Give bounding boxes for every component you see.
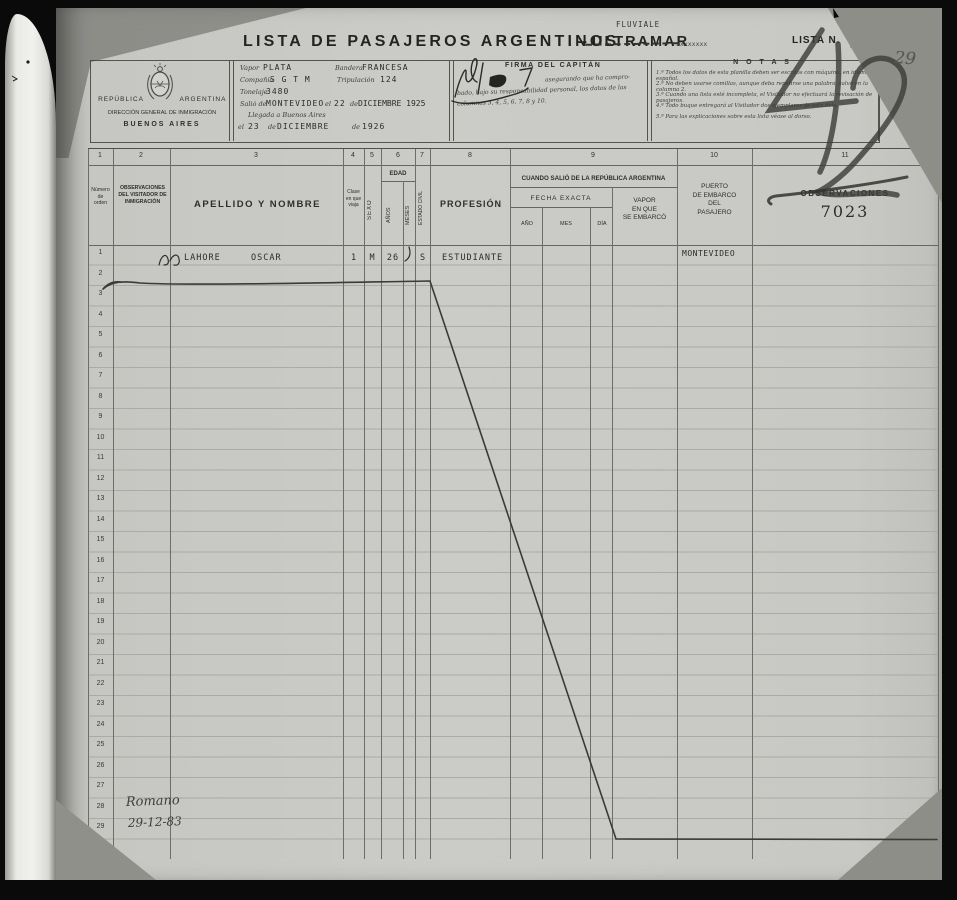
de-label: de xyxy=(350,100,358,108)
col9-subline xyxy=(510,187,677,188)
tonelaje-label: Tonelaje xyxy=(240,88,268,96)
de3-label: de xyxy=(352,123,360,131)
column-line xyxy=(752,149,753,859)
header-profesion: PROFESIÓN xyxy=(432,199,510,209)
row-order-number: 15 xyxy=(88,536,113,543)
row1-surname: LAHORE xyxy=(184,253,221,263)
compania-value: S G T M xyxy=(270,75,311,84)
header-dia: DÍA xyxy=(592,221,612,227)
row-order-number: 11 xyxy=(88,454,113,461)
header-apellido-nombre: APELLIDO Y NOMBRE xyxy=(172,199,343,210)
box-separator xyxy=(449,60,454,141)
salio-label: Salió de xyxy=(240,100,266,108)
column-number: 3 xyxy=(244,152,268,159)
row-order-number: 10 xyxy=(88,434,113,441)
list-number-label: LISTA N. xyxy=(792,35,841,46)
salio-day-value: 22 xyxy=(334,99,346,108)
llegada-year-value: 1926 xyxy=(362,122,385,131)
header-edad: EDAD xyxy=(381,171,415,177)
el-label: el xyxy=(325,100,331,108)
row-order-number: 26 xyxy=(88,762,113,769)
column-line xyxy=(113,149,114,859)
bandera-label: Bandera xyxy=(335,64,363,72)
row-order-number: 12 xyxy=(88,475,113,482)
notes-title: N O T A S xyxy=(655,59,870,66)
header-fecha-exacta: FECHA EXACTA xyxy=(512,195,610,202)
row-order-number: 6 xyxy=(88,352,113,359)
column-line xyxy=(938,149,939,859)
header-sexo: SEXO xyxy=(367,179,379,241)
row1-given-name: OSCAR xyxy=(251,253,282,263)
column-line xyxy=(381,149,382,859)
llegada-month-value: DICIEMBRE xyxy=(277,122,329,131)
header-edad-anos: AÑOS xyxy=(386,187,397,243)
row-order-number: 3 xyxy=(88,290,113,297)
header-mes: MES xyxy=(544,221,588,227)
column-number: 1 xyxy=(88,152,112,159)
row-order-number: 19 xyxy=(88,618,113,625)
typed-correction-fluviale: FLUVIALE xyxy=(616,20,660,29)
de2-label: de xyxy=(268,123,276,131)
row1-class: 1 xyxy=(346,253,362,263)
row-order-number: 5 xyxy=(88,331,113,338)
header-cuando-salio: CUANDO SALIÓ DE LA REPÚBLICA ARGENTINA xyxy=(512,175,675,182)
tonelaje-value: 3480 xyxy=(266,87,289,96)
column-line xyxy=(510,149,511,859)
typed-x-marks: xxxxxxxx xyxy=(676,40,707,48)
header-puerto-embarco: PUERTO DE EMBARCO DEL PASAJERO xyxy=(679,183,750,217)
row-order-number: 2 xyxy=(88,270,113,277)
row-rule-lines xyxy=(88,245,938,859)
captain-signature-label: FIRMA DEL CAPITÁN xyxy=(505,62,635,69)
note-line-4: 4.ª Todo buque entregará al Visitador do… xyxy=(656,103,880,109)
edad-subline xyxy=(381,181,415,182)
note-line-5: 5.ª Para las explicaciones sobre esta li… xyxy=(656,114,880,120)
agency-country-left: REPÚBLICA xyxy=(95,96,147,103)
row-order-number: 25 xyxy=(88,741,113,748)
header-observaciones: OBSERVACIONES xyxy=(754,189,936,198)
vapor-value: PLATA xyxy=(263,63,292,72)
llegada-day-value: 23 xyxy=(248,122,260,131)
el2-label: el xyxy=(238,123,244,131)
agency-department: DIRECCIÓN GENERAL DE INMIGRACIÓN xyxy=(92,110,232,116)
row-order-number: 20 xyxy=(88,639,113,646)
numbers-row-line xyxy=(88,165,938,166)
agency-country-right: ARGENTINA xyxy=(176,96,230,103)
row-order-number: 22 xyxy=(88,680,113,687)
row1-profession: ESTUDIANTE xyxy=(442,253,503,263)
row1-age-years: 26 xyxy=(383,253,403,263)
header-clase: Clase en que viaja xyxy=(343,189,364,209)
row-order-number: 27 xyxy=(88,782,113,789)
row1-embark-port: MONTEVIDEO xyxy=(682,249,735,258)
tripulacion-label: Tripulación xyxy=(337,76,375,84)
header-vapor-embarco: VAPOR EN QUE SE EMBARCÓ xyxy=(614,197,675,223)
row-order-number: 21 xyxy=(88,659,113,666)
llegada-label: Llegada a Buenos Aires xyxy=(248,111,326,119)
row-order-number: 17 xyxy=(88,577,113,584)
header-numero-de-orden: Número de orden xyxy=(88,187,113,207)
header-observaciones-visitador: OBSERVACIONES DEL VISITADOR DE INMIGRACI… xyxy=(115,185,170,206)
page-title: LISTA DE PASAJEROS ARGENTINOS xyxy=(243,33,619,51)
column-line xyxy=(430,149,431,859)
passenger-table: 1 2 3 4 5 6 7 8 9 10 11 Número de orden … xyxy=(88,148,938,859)
column-line xyxy=(170,149,171,859)
tripulacion-value: 124 xyxy=(380,75,397,84)
header-ano: AÑO xyxy=(512,221,542,227)
stamp-number: 7023 xyxy=(754,202,936,221)
row-order-number: 7 xyxy=(88,372,113,379)
row-order-number: 4 xyxy=(88,311,113,318)
column-number: 10 xyxy=(702,152,726,159)
agency-city: BUENOS AIRES xyxy=(92,121,232,128)
scanned-passenger-list-page: LISTA DE PASAJEROS ARGENTINOS -- ULTRAMA… xyxy=(0,0,957,900)
argentina-coat-of-arms xyxy=(146,63,174,101)
row1-civil-state: S xyxy=(416,253,430,263)
row-order-number: 8 xyxy=(88,393,113,400)
row-order-number: 14 xyxy=(88,516,113,523)
column-number: 9 xyxy=(581,152,605,159)
column-number: 6 xyxy=(386,152,410,159)
column-line xyxy=(403,181,404,859)
column-line xyxy=(343,149,344,859)
salio-month-year-value: DICIEMBRE 1925 xyxy=(358,99,425,108)
compania-label: Compañía xyxy=(240,76,273,84)
column-number: 7 xyxy=(410,152,434,159)
vapor-label: Vapor xyxy=(240,64,259,72)
salio-port-value: MONTEVIDEO xyxy=(266,99,324,108)
header-estado-civil: ESTADO CIVIL xyxy=(418,175,429,241)
row-order-number: 18 xyxy=(88,598,113,605)
column-number: 5 xyxy=(360,152,384,159)
column-number: 2 xyxy=(129,152,153,159)
row1-sex: M xyxy=(365,253,380,263)
column-line xyxy=(590,207,591,859)
fecha-subline xyxy=(510,207,612,208)
row-order-number: 13 xyxy=(88,495,113,502)
title-separator-dashes: -- xyxy=(577,33,587,50)
bandera-value: FRANCESA xyxy=(362,63,409,72)
row-order-number: 23 xyxy=(88,700,113,707)
header-edad-meses: MESES xyxy=(405,187,415,243)
box-separator xyxy=(647,60,652,141)
column-line xyxy=(542,207,543,859)
row-order-number: 9 xyxy=(88,413,113,420)
column-line xyxy=(612,187,613,859)
row-order-number: 1 xyxy=(88,249,113,256)
column-number: 11 xyxy=(833,152,857,159)
column-line xyxy=(677,149,678,859)
book-fore-edge xyxy=(5,14,56,880)
row-order-number: 28 xyxy=(88,803,113,810)
column-number: 8 xyxy=(458,152,482,159)
row-order-number: 24 xyxy=(88,721,113,728)
row-order-number: 16 xyxy=(88,557,113,564)
